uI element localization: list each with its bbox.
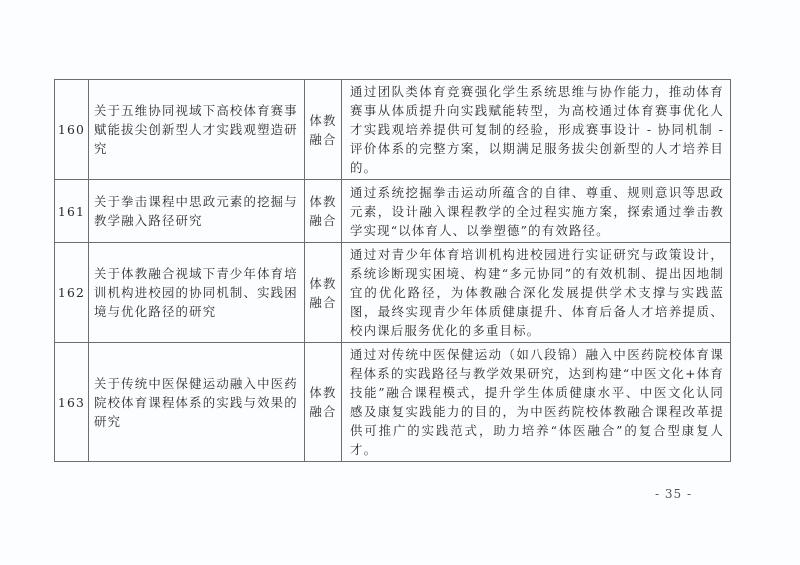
project-description: 通过系统挖掘拳击运动所蕴含的自律、尊重、规则意识等思政元素，设计融入课程教学的全… (342, 180, 731, 243)
project-title: 关于体教融合视域下青少年体育培训机构进校园的协同机制、实践困境与优化路径的研究 (89, 243, 305, 343)
project-description: 通过团队类体育竞赛强化学生系统思维与协作能力，推动体育赛事从体质提升向实践赋能转… (342, 80, 731, 180)
project-category: 体教融合 (305, 80, 342, 180)
table-row: 163 关于传统中医保健运动融入中医药院校体育课程体系的实践与效果的研究 体教融… (55, 343, 731, 462)
project-title: 关于传统中医保健运动融入中医药院校体育课程体系的实践与效果的研究 (89, 343, 305, 462)
document-page: 160 关于五维协同视域下高校体育赛事赋能拔尖创新型人才实践观塑造研究 体教融合… (0, 0, 800, 565)
project-table: 160 关于五维协同视域下高校体育赛事赋能拔尖创新型人才实践观塑造研究 体教融合… (54, 79, 731, 462)
table-row: 161 关于拳击课程中思政元素的挖掘与教学融入路径研究 体教融合 通过系统挖掘拳… (55, 180, 731, 243)
row-number: 163 (55, 343, 89, 462)
project-title: 关于拳击课程中思政元素的挖掘与教学融入路径研究 (89, 180, 305, 243)
project-description: 通过对传统中医保健运动（如八段锦）融入中医药院校体育课程体系的实践路径与教学效果… (342, 343, 731, 462)
project-category: 体教融合 (305, 343, 342, 462)
row-number: 161 (55, 180, 89, 243)
row-number: 162 (55, 243, 89, 343)
table-row: 160 关于五维协同视域下高校体育赛事赋能拔尖创新型人才实践观塑造研究 体教融合… (55, 80, 731, 180)
project-description: 通过对青少年体育培训机构进校园进行实证研究与政策设计，系统诊断现实困境、构建“多… (342, 243, 731, 343)
project-category: 体教融合 (305, 180, 342, 243)
page-number: - 35 - (655, 487, 692, 501)
project-title: 关于五维协同视域下高校体育赛事赋能拔尖创新型人才实践观塑造研究 (89, 80, 305, 180)
project-category: 体教融合 (305, 243, 342, 343)
row-number: 160 (55, 80, 89, 180)
table-row: 162 关于体教融合视域下青少年体育培训机构进校园的协同机制、实践困境与优化路径… (55, 243, 731, 343)
